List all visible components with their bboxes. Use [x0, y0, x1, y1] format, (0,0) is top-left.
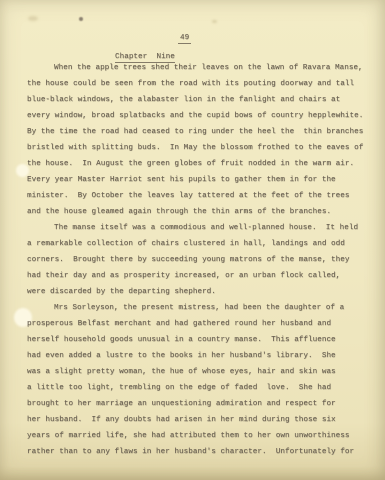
text-line: had their day and as prosperity increase… — [27, 268, 372, 284]
text-line: minister. By October the leaves lay tatt… — [27, 188, 372, 204]
manuscript-page: 49 Chapter Nine When the apple trees she… — [0, 0, 385, 480]
text-line: the house. In August the green globes of… — [27, 156, 372, 172]
text-line: The manse itself was a commodious and we… — [27, 220, 372, 236]
text-line: a little too light, trembling on the edg… — [27, 380, 372, 396]
text-line: years of married life, she had attribute… — [27, 428, 372, 444]
paper-smudge — [28, 16, 38, 21]
text-line: blue-black windows, the alabaster lion i… — [27, 92, 372, 108]
text-line: bristled with splitting buds. In May the… — [27, 140, 372, 156]
text-line: and the house gleamed again through the … — [27, 204, 372, 220]
text-line: had even added a lustre to the books in … — [27, 348, 372, 364]
page-number: 49 — [178, 34, 191, 44]
text-line: rather than to any flaws in her husband'… — [27, 444, 372, 460]
text-line: herself household goods unusual in a cou… — [27, 332, 372, 348]
page-body: When the apple trees shed their leaves o… — [27, 60, 372, 460]
text-line: prosperous Belfast merchant and had gath… — [27, 316, 372, 332]
text-line: was a slight pretty woman, the hue of wh… — [27, 364, 372, 380]
text-line: When the apple trees shed their leaves o… — [27, 60, 372, 76]
text-line: corners. Brought there by succeeding you… — [27, 252, 372, 268]
paper-smudge — [212, 20, 217, 23]
text-line: every window, broad splatbacks and the c… — [27, 108, 372, 124]
ink-speck — [79, 17, 83, 21]
text-line: a remarkable collection of chairs cluste… — [27, 236, 372, 252]
text-line: Every year Master Harriot sent his pupil… — [27, 172, 372, 188]
text-line: the house could be seen from the road wi… — [27, 76, 372, 92]
text-line: brought to her marriage an unquestioning… — [27, 396, 372, 412]
text-line: Mrs Sorleyson, the present mistress, had… — [27, 300, 372, 316]
text-line: her husband. If any doubts had arisen in… — [27, 412, 372, 428]
text-line: were discarded by the departing shepherd… — [27, 284, 372, 300]
text-line: By the time the road had ceased to ring … — [27, 124, 372, 140]
